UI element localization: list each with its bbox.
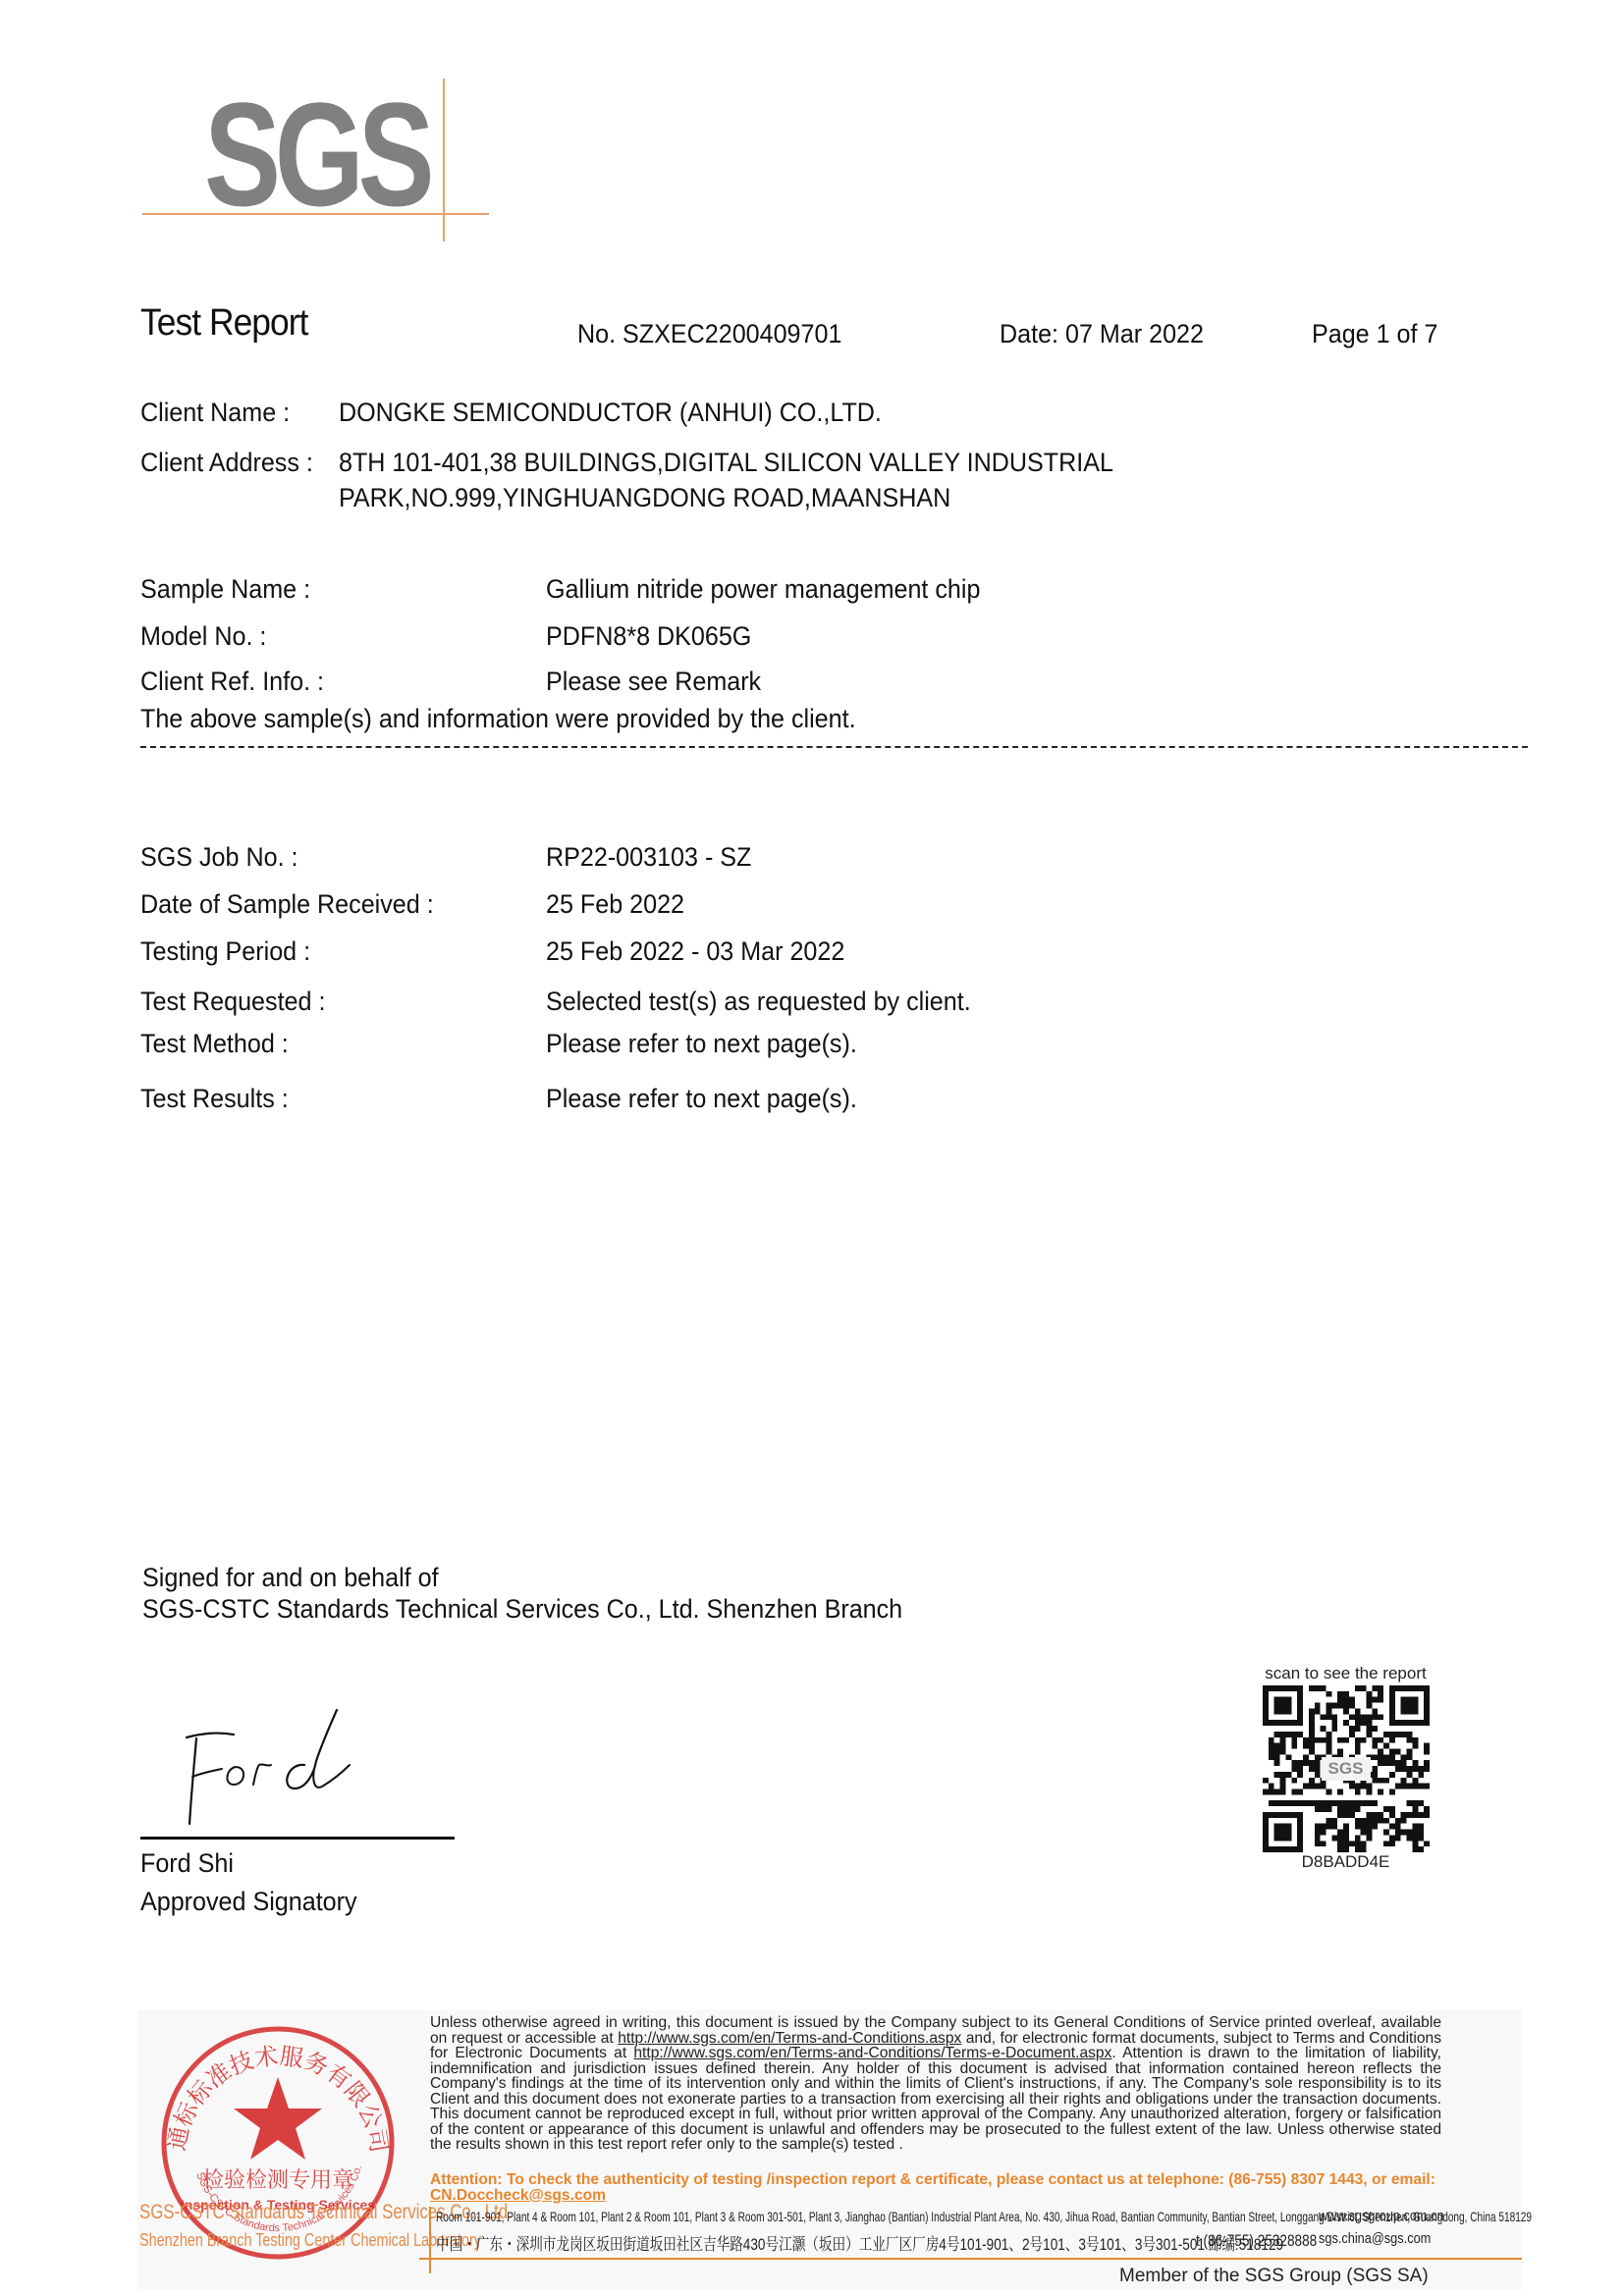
telephone: t (86-755) 25328888	[1196, 2231, 1317, 2251]
logo-vertical-rule	[443, 79, 445, 241]
legal-disclaimer: Unless otherwise agreed in writing, this…	[430, 2015, 1441, 2153]
address-accent-horizontal	[419, 2258, 1522, 2260]
logo-horizontal-rule	[142, 213, 489, 215]
job-no-label: SGS Job No. :	[140, 841, 298, 873]
qr-center-logo: SGS	[1322, 1757, 1371, 1781]
test-method-label: Test Method :	[140, 1028, 289, 1059]
qr-code-id: D8BADD4E	[1255, 1852, 1436, 1872]
qr-code[interactable]: SGS	[1263, 1685, 1430, 1852]
disclaimer-text-3: . Attention is drawn to the limitation o…	[430, 2045, 1441, 2153]
doccheck-email-link[interactable]: CN.Doccheck@sgs.com	[430, 2187, 606, 2204]
job-no-value: RP22-003103 - SZ	[546, 841, 751, 873]
sample-received-value: 25 Feb 2022	[546, 888, 684, 920]
client-address-line1: 8TH 101-401,38 BUILDINGS,DIGITAL SILICON…	[339, 447, 1113, 478]
email-link[interactable]: sgs.china@sgs.com	[1319, 2230, 1431, 2247]
client-ref-value: Please see Remark	[546, 666, 761, 697]
qr-caption: scan to see the report	[1255, 1664, 1436, 1683]
client-ref-label: Client Ref. Info. :	[140, 666, 324, 697]
dashed-separator	[140, 746, 1528, 748]
test-method-value: Please refer to next page(s).	[546, 1028, 857, 1059]
svg-text:检验检测专用章: 检验检测专用章	[202, 2168, 353, 2193]
handwritten-signature	[157, 1708, 412, 1831]
signatory-role: Approved Signatory	[140, 1886, 357, 1917]
test-requested-label: Test Requested :	[140, 986, 325, 1017]
sgs-group-membership: Member of the SGS Group (SGS SA)	[1119, 2266, 1429, 2287]
terms-link[interactable]: http://www.sgs.com/en/Terms-and-Conditio…	[618, 2030, 961, 2047]
page-indicator: Page 1 of 7	[1312, 318, 1437, 349]
test-results-value: Please refer to next page(s).	[546, 1083, 857, 1114]
client-address-line2: PARK,NO.999,YINGHUANGDONG ROAD,MAANSHAN	[339, 482, 950, 513]
sample-name-label: Sample Name :	[140, 573, 310, 605]
testing-period-label: Testing Period :	[140, 935, 310, 967]
address-accent-vertical	[429, 2207, 431, 2273]
testing-period-value: 25 Feb 2022 - 03 Mar 2022	[546, 935, 844, 967]
client-address-label: Client Address :	[140, 447, 313, 478]
sample-received-label: Date of Sample Received :	[140, 888, 434, 920]
signatory-name: Ford Shi	[140, 1847, 234, 1879]
signing-company: SGS-CSTC Standards Technical Services Co…	[142, 1593, 902, 1625]
company-seal-stamp: 通标标准技术服务有限公司深圳分公司 检验检测专用章 Inspection & T…	[155, 2020, 401, 2266]
signature-line	[140, 1837, 455, 1840]
report-date: Date: 07 Mar 2022	[1000, 318, 1204, 349]
authenticity-notice: Attention: To check the authenticity of …	[430, 2172, 1441, 2204]
model-no-label: Model No. :	[140, 620, 266, 652]
client-name-label: Client Name :	[140, 397, 290, 428]
website-link[interactable]: www.sgsgroup.com.cn	[1319, 2208, 1444, 2224]
report-number: No. SZXEC2200409701	[577, 318, 841, 349]
client-name-value: DONGKE SEMICONDUCTOR (ANHUI) CO.,LTD.	[339, 397, 882, 428]
test-requested-value: Selected test(s) as requested by client.	[546, 986, 971, 1017]
model-no-value: PDFN8*8 DK065G	[546, 620, 751, 652]
test-results-label: Test Results :	[140, 1083, 289, 1114]
e-document-terms-link[interactable]: http://www.sgs.com/en/Terms-and-Conditio…	[633, 2045, 1111, 2061]
address-chinese: 中国・广东・深圳市龙岗区坂田街道坂田社区吉华路430号江灏（坂田）工业厂区厂房4…	[436, 2230, 1283, 2255]
authenticity-notice-text: Attention: To check the authenticity of …	[430, 2171, 1435, 2188]
page-title: Test Report	[140, 307, 307, 339]
sample-provided-note: The above sample(s) and information were…	[140, 703, 856, 734]
sgs-logo: SGS	[204, 80, 428, 228]
qr-block: scan to see the report SGS D8BADD4E	[1255, 1664, 1436, 1872]
signed-on-behalf-label: Signed for and on behalf of	[142, 1562, 439, 1593]
sample-name-value: Gallium nitride power management chip	[546, 573, 980, 605]
